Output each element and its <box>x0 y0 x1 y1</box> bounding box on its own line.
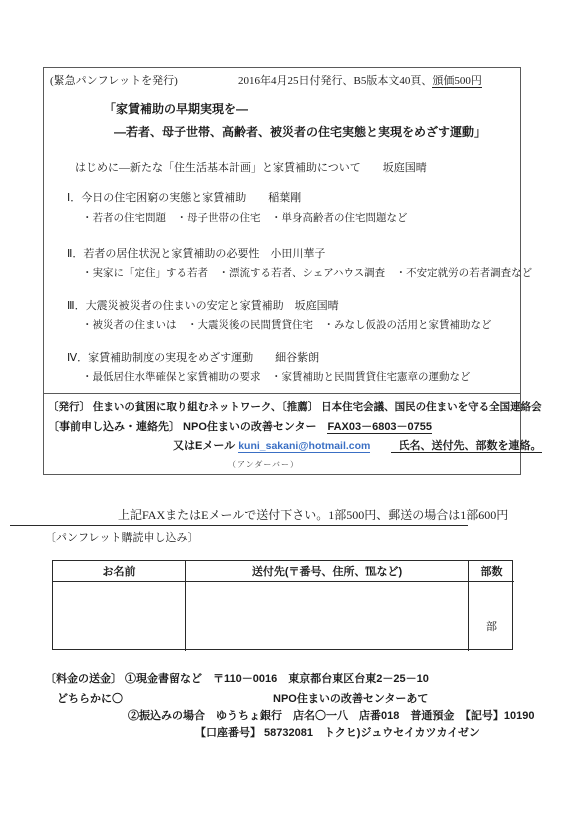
toc-item-2-detail: ・実家に「定住」する若者 ・漂流する若者、シェアハウス調査 ・不安定就労の若者調… <box>82 267 532 280</box>
toc-item-3-heading: Ⅲ．大震災被災者の住まいの安定と家賃補助 坂庭国晴 <box>67 299 339 313</box>
payment-line-3: ②振込みの場合 ゆうちょ銀行 店名〇一八 店番018 普通預金 【記号】1019… <box>128 709 534 723</box>
payment-addressee: NPO住まいの改善センターあて <box>273 692 428 706</box>
publisher-line: 〔発行〕 住まいの貧困に取り組むネットワーク、〔推薦〕 日本住宅会議、国民の住ま… <box>48 401 542 414</box>
payment-circle-choice: どちらかに〇 <box>57 692 123 706</box>
email-line: 又はEメール kuni_sakani@hotmail.com 氏名、送付先、部数… <box>173 439 542 453</box>
order-table: お名前 送付先(〒番号、住所、℡など) 部数 部 <box>52 560 513 650</box>
table-header-name: お名前 <box>53 561 186 582</box>
email-link[interactable]: kuni_sakani@hotmail.com <box>238 440 370 453</box>
toc-item-4-heading: Ⅳ．家賃補助制度の実現をめざす運動 細谷紫朗 <box>67 351 319 365</box>
table-header-address: 送付先(〒番号、住所、℡など) <box>186 561 469 582</box>
pamphlet-order-document: (緊急パンフレットを発行) 2016年4月25日付発行、B5版本文40頁、頒価5… <box>0 0 579 819</box>
copies-unit-label: 部 <box>486 618 497 634</box>
table-header-copies: 部数 <box>469 561 514 582</box>
horizontal-rule <box>10 525 468 526</box>
contact-line: 〔事前申し込み・連絡先〕 NPO住まいの改善センター FAX03－6803－07… <box>48 420 432 434</box>
email-note: 氏名、送付先、部数を連絡。 <box>391 440 542 453</box>
toc-item-4-detail: ・最低居住水準確保と家賃補助の要求 ・家賃補助と民間賃貸住宅憲章の運動など <box>82 371 471 384</box>
toc-item-1-detail: ・若者の住宅問題 ・母子世帯の住宅 ・単身高齢者の住宅問題など <box>82 212 408 225</box>
payment-line-1: 〔料金の送金〕 ①現金書留など 〒110－0016 東京都台東区台東2－25－1… <box>45 672 429 686</box>
contact-prefix: 〔事前申し込み・連絡先〕 NPO住まいの改善センター <box>48 421 327 433</box>
underscore-note: （アンダーバー） <box>228 459 299 470</box>
payment-line-4: 【口座番号】 58732081 トクヒ)ジュウセイカツカイゼン <box>195 726 480 740</box>
email-label: 又はEメール <box>173 440 235 452</box>
toc-item-1-heading: Ⅰ．今日の住宅困窮の実態と家賃補助 稲葉剛 <box>67 191 301 205</box>
toc-item-3-detail: ・被災者の住まいは ・大震災後の民間賃貸住宅 ・みなし仮設の活用と家賃補助など <box>82 319 492 332</box>
toc-item-2-heading: Ⅱ．若者の居住状況と家賃補助の必要性 小田川華子 <box>67 247 325 261</box>
page-title-line1: 「家賃補助の早期実現を— <box>104 102 248 117</box>
order-instruction: 上記FAXまたはEメールで送付下さい。1部500円、郵送の場合は1部600円 <box>118 508 508 523</box>
toc-intro: はじめに—新たな「住生活基本計画」と家賃補助について 坂庭国晴 <box>75 161 427 175</box>
table-cell-copies-input: 部 <box>469 582 514 651</box>
content-box-divider <box>43 393 520 394</box>
table-cell-name-input <box>53 582 186 651</box>
table-cell-address-input <box>186 582 469 651</box>
page-title-line2: —若者、母子世帯、高齢者、被災者の住宅実態と実現をめざす運動」 <box>114 125 486 140</box>
order-section-title: 〔パンフレット購読申し込み〕 <box>45 531 198 545</box>
fax-number: FAX03－6803－0755 <box>327 421 432 434</box>
